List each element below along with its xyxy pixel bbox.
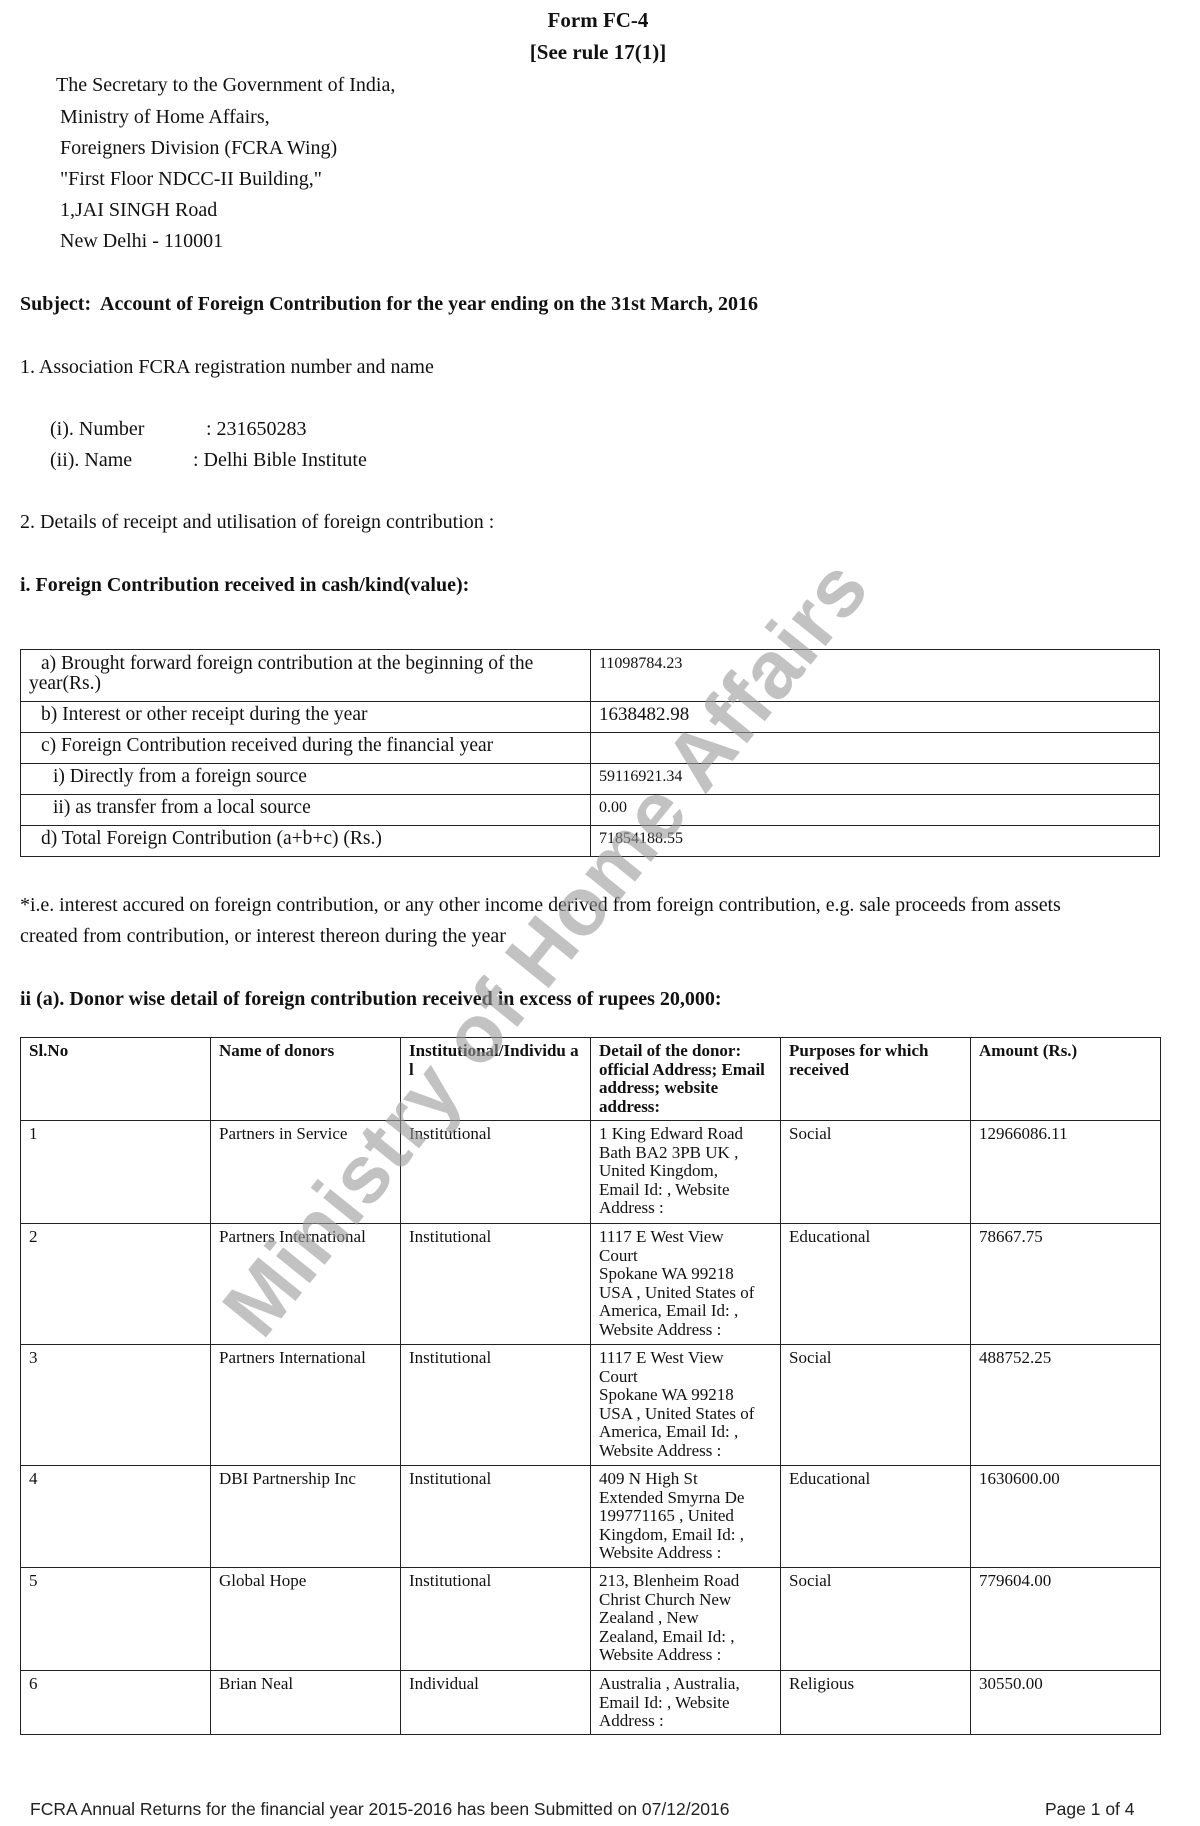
donor-detail: Australia , Australia, Email Id: , Websi… (591, 1671, 781, 1735)
row-label: i) Directly from a foreign source (21, 764, 591, 795)
subject-label: Subject: (20, 293, 91, 315)
address-line: Foreigners Division (FCRA Wing) (60, 137, 337, 160)
donor-purpose: Religious (781, 1671, 971, 1735)
row-label: ii) as transfer from a local source (21, 795, 591, 826)
address-line: New Delhi - 110001 (60, 230, 223, 253)
donor-name: Partners International (211, 1224, 401, 1345)
donor-row: 4DBI Partnership IncInstitutional409 N H… (21, 1466, 1161, 1568)
table-row: d) Total Foreign Contribution (a+b+c) (R… (21, 826, 1160, 857)
donor-row: 2Partners InternationalInstitutional1117… (21, 1224, 1161, 1345)
address-line: Ministry of Home Affairs, (60, 106, 270, 129)
donor-amount: 30550.00 (971, 1671, 1161, 1735)
donor-amount: 1630600.00 (971, 1466, 1161, 1568)
footnote-line-1: *i.e. interest accured on foreign contri… (20, 894, 1160, 917)
donor-row: 1Partners in ServiceInstitutional1 King … (21, 1121, 1161, 1224)
donor-name: Partners in Service (211, 1121, 401, 1224)
donor-detail: 1 King Edward Road Bath BA2 3PB UK , Uni… (591, 1121, 781, 1224)
address-line: "First Floor NDCC-II Building," (60, 168, 322, 191)
section-2-heading: 2. Details of receipt and utilisation of… (20, 511, 494, 534)
section-i-heading: i. Foreign Contribution received in cash… (20, 574, 469, 597)
donor-sl-no: 3 (21, 1345, 211, 1466)
donor-purpose: Educational (781, 1224, 971, 1345)
donor-name: DBI Partnership Inc (211, 1466, 401, 1568)
row-value: 0.00 (591, 795, 1160, 826)
donor-detail: 213, Blenheim Road Christ Church New Zea… (591, 1568, 781, 1671)
donor-type: Institutional (401, 1568, 591, 1671)
table-row: i) Directly from a foreign source 591169… (21, 764, 1160, 795)
table-row: ii) as transfer from a local source 0.00 (21, 795, 1160, 826)
donor-name: Partners International (211, 1345, 401, 1466)
donor-purpose: Social (781, 1345, 971, 1466)
footer-submission-status: FCRA Annual Returns for the financial ye… (30, 1799, 730, 1820)
address-line: The Secretary to the Government of India… (56, 74, 395, 97)
rule-reference: [See rule 17(1)] (398, 40, 798, 65)
association-name-value: : Delhi Bible Institute (193, 449, 367, 472)
table-row: b) Interest or other receipt during the … (21, 702, 1160, 733)
contribution-summary-table: a) Brought forward foreign contribution … (20, 649, 1160, 857)
page-indicator: Page 1 of 4 (1045, 1799, 1135, 1820)
column-header-sl-no: Sl.No (21, 1038, 211, 1121)
row-value: 11098784.23 (591, 650, 1160, 702)
donor-type: Institutional (401, 1345, 591, 1466)
row-value: 71854188.55 (591, 826, 1160, 857)
donor-row: 3Partners InternationalInstitutional1117… (21, 1345, 1161, 1466)
donor-purpose: Educational (781, 1466, 971, 1568)
row-label: d) Total Foreign Contribution (a+b+c) (R… (21, 826, 591, 857)
column-header-amount: Amount (Rs.) (971, 1038, 1161, 1121)
donor-sl-no: 1 (21, 1121, 211, 1224)
donor-sl-no: 2 (21, 1224, 211, 1345)
row-label: a) Brought forward foreign contribution … (21, 650, 591, 702)
form-title: Form FC-4 (398, 8, 798, 33)
donor-row: 6Brian NealIndividualAustralia , Austral… (21, 1671, 1161, 1735)
row-label: c) Foreign Contribution received during … (21, 733, 591, 764)
donor-purpose: Social (781, 1568, 971, 1671)
donor-amount: 12966086.11 (971, 1121, 1161, 1224)
donor-type: Institutional (401, 1121, 591, 1224)
donor-detail: 409 N High St Extended Smyrna De 1997711… (591, 1466, 781, 1568)
row-value: 59116921.34 (591, 764, 1160, 795)
footnote-line-2: created from contribution, or interest t… (20, 925, 506, 948)
section-1-heading: 1. Association FCRA registration number … (20, 356, 434, 379)
donor-detail: 1117 E West View Court Spokane WA 99218 … (591, 1345, 781, 1466)
address-line: 1,JAI SINGH Road (60, 199, 217, 222)
subject-line: Subject: Account of Foreign Contribution… (20, 293, 758, 316)
column-header-type: Institutional/Individu al (401, 1038, 591, 1121)
column-header-purpose: Purposes for which received (781, 1038, 971, 1121)
table-row: c) Foreign Contribution received during … (21, 733, 1160, 764)
column-header-donor-name: Name of donors (211, 1038, 401, 1121)
donor-sl-no: 4 (21, 1466, 211, 1568)
donor-name: Global Hope (211, 1568, 401, 1671)
donor-table-header: Sl.No Name of donors Institutional/Indiv… (21, 1038, 1161, 1121)
donor-amount: 78667.75 (971, 1224, 1161, 1345)
donor-sl-no: 6 (21, 1671, 211, 1735)
donor-amount: 779604.00 (971, 1568, 1161, 1671)
registration-number-value: : 231650283 (206, 418, 307, 441)
donor-purpose: Social (781, 1121, 971, 1224)
registration-number-label: (i). Number (50, 418, 144, 441)
section-iia-heading: ii (a). Donor wise detail of foreign con… (20, 988, 722, 1011)
subject-text: Account of Foreign Contribution for the … (100, 293, 758, 315)
association-name-label: (ii). Name (50, 449, 132, 472)
row-value (591, 733, 1160, 764)
donor-type: Individual (401, 1671, 591, 1735)
donor-table: Sl.No Name of donors Institutional/Indiv… (20, 1037, 1161, 1735)
donor-sl-no: 5 (21, 1568, 211, 1671)
row-value: 1638482.98 (591, 702, 1160, 733)
donor-row: 5Global HopeInstitutional213, Blenheim R… (21, 1568, 1161, 1671)
donor-name: Brian Neal (211, 1671, 401, 1735)
donor-type: Institutional (401, 1224, 591, 1345)
row-label: b) Interest or other receipt during the … (21, 702, 591, 733)
column-header-donor-detail: Detail of the donor: official Address; E… (591, 1038, 781, 1121)
donor-amount: 488752.25 (971, 1345, 1161, 1466)
donor-type: Institutional (401, 1466, 591, 1568)
donor-detail: 1117 E West View Court Spokane WA 99218 … (591, 1224, 781, 1345)
table-row: a) Brought forward foreign contribution … (21, 650, 1160, 702)
